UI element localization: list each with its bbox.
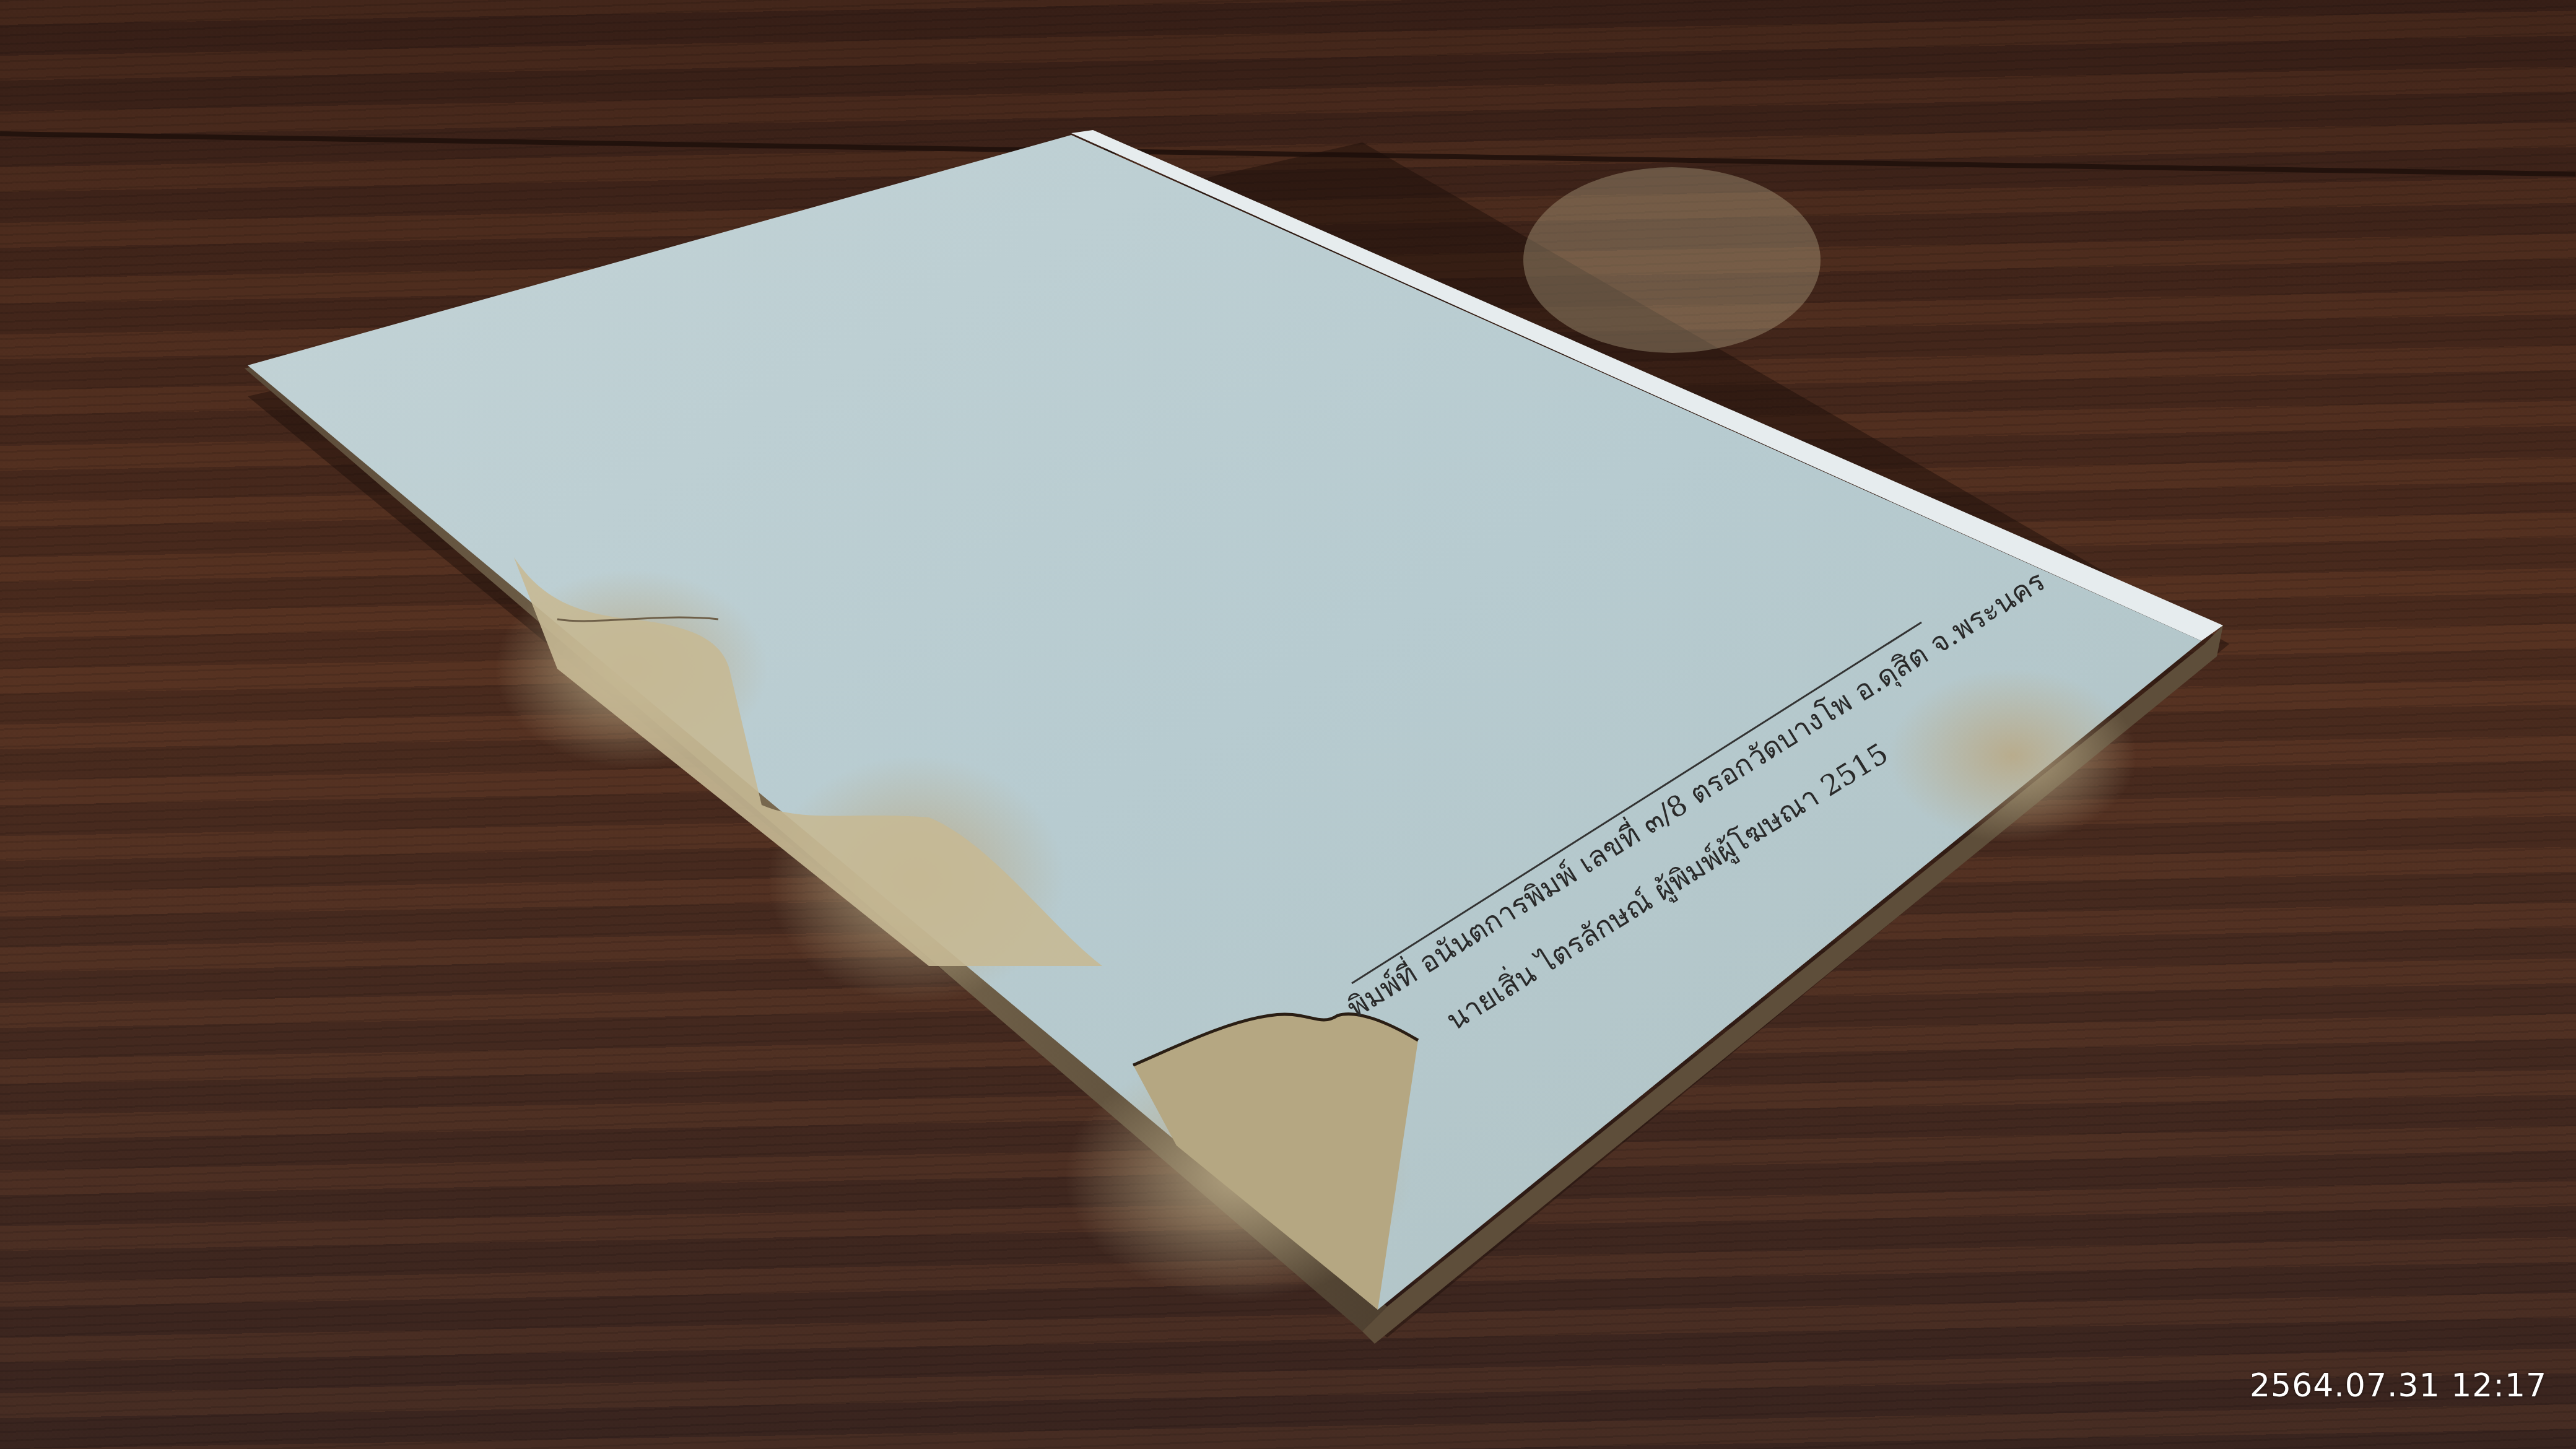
photo-timestamp: 2564.07.31 12:17 — [2250, 1367, 2547, 1404]
photo-scene: พิมพ์ที่ อนันตการพิมพ์ เลขที่ ๓/8 ตรอกวั… — [0, 0, 2576, 1449]
book — [0, 0, 2576, 1449]
